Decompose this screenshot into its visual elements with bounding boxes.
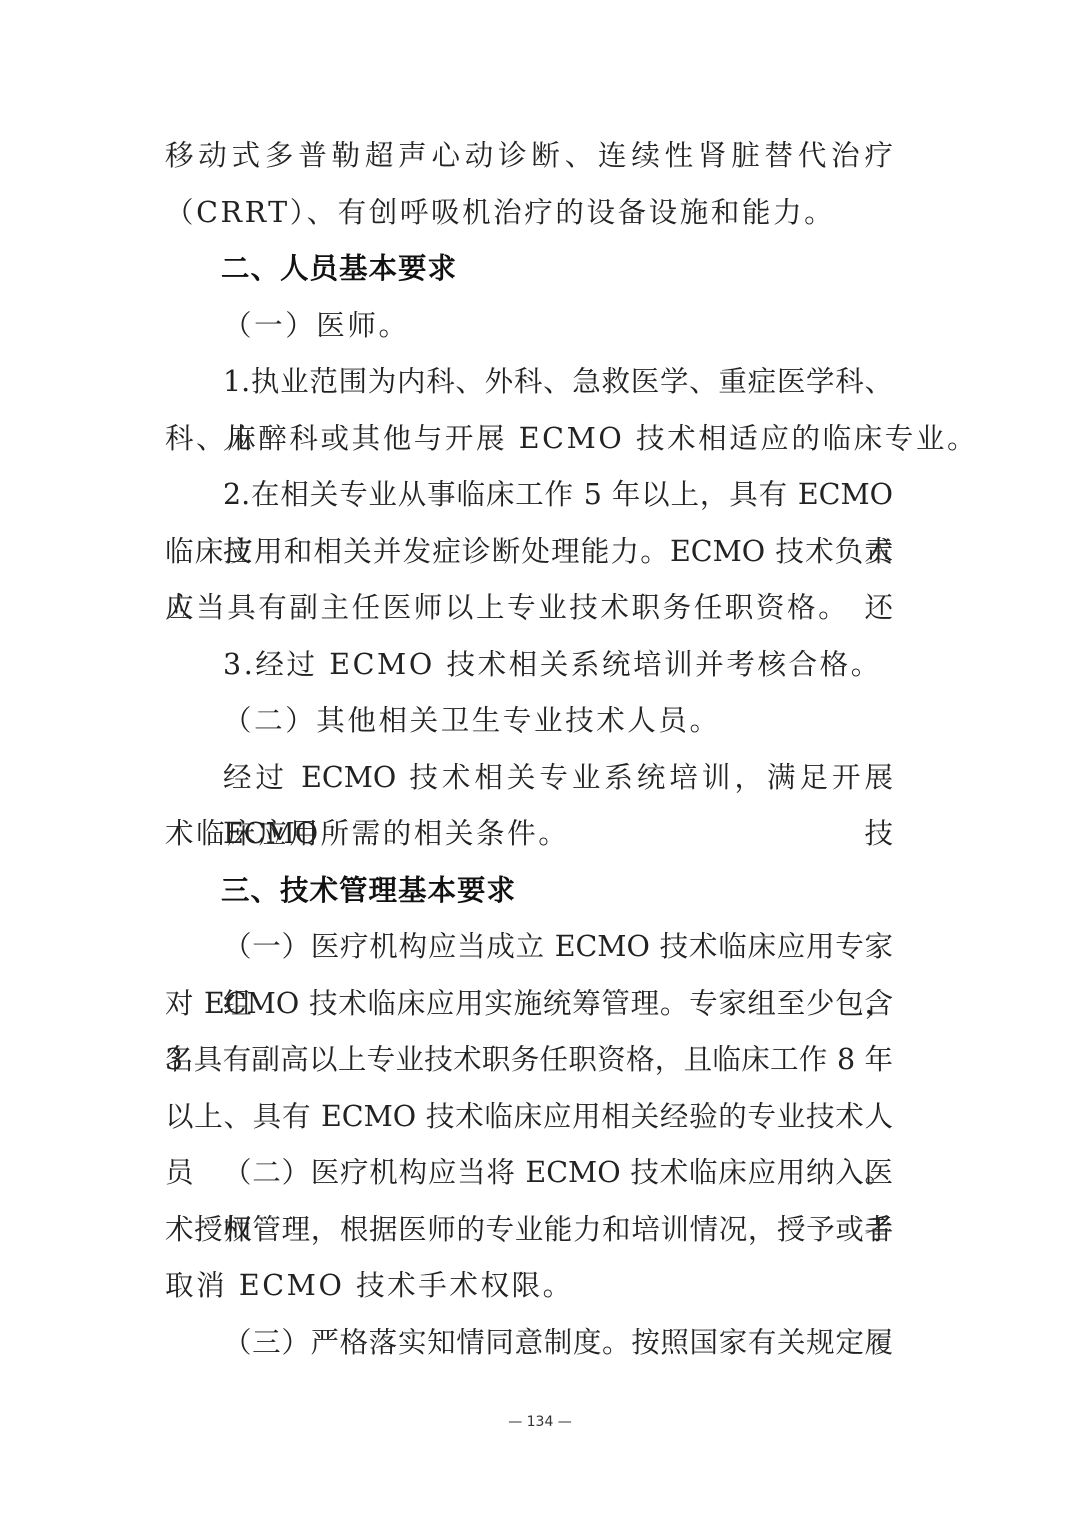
- list-item-1-line-2: 科、麻醉科或其他与开展 ECMO 技术相适应的临床专业。: [165, 411, 893, 468]
- list-item-2-line-3: 应当具有副主任医师以上专业技术职务任职资格。: [165, 580, 893, 637]
- paragraph-authorization-line-1: （二）医疗机构应当将 ECMO 技术临床应用纳入医师手: [165, 1145, 893, 1202]
- paragraph-expert-group-line-3: 名具有副高以上专业技术职务任职资格，且临床工作 8 年: [165, 1032, 893, 1089]
- list-item-2-line-2: 临床应用和相关并发症诊断处理能力。ECMO 技术负责人还: [165, 524, 893, 581]
- list-item-3: 3.经过 ECMO 技术相关系统培训并考核合格。: [165, 637, 893, 694]
- paragraph-expert-group-line-2: 对 ECMO 技术临床应用实施统筹管理。专家组至少包含 3: [165, 976, 893, 1033]
- paragraph-expert-group-line-4: 以上、具有 ECMO 技术临床应用相关经验的专业技术人员。: [165, 1089, 893, 1146]
- paragraph-line-equipment-1: 移动式多普勒超声心动诊断、连续性肾脏替代治疗: [165, 128, 893, 185]
- paragraph-other-staff-line-1: 经过 ECMO 技术相关专业系统培训，满足开展 ECMO 技: [165, 750, 893, 807]
- paragraph-line-equipment-2: （CRRT）、有创呼吸机治疗的设备设施和能力。: [165, 185, 893, 242]
- section-heading-personnel: 二、人员基本要求: [165, 241, 893, 298]
- paragraph-authorization-line-2: 术授权管理，根据医师的专业能力和培训情况，授予或者: [165, 1202, 893, 1259]
- document-page: 移动式多普勒超声心动诊断、连续性肾脏替代治疗 （CRRT）、有创呼吸机治疗的设备…: [0, 0, 1080, 1526]
- subsection-heading-other-staff: （二）其他相关卫生专业技术人员。: [165, 693, 893, 750]
- paragraph-expert-group-line-1: （一）医疗机构应当成立 ECMO 技术临床应用专家组，: [165, 919, 893, 976]
- document-body: 移动式多普勒超声心动诊断、连续性肾脏替代治疗 （CRRT）、有创呼吸机治疗的设备…: [165, 128, 893, 1371]
- section-heading-technical-management: 三、技术管理基本要求: [165, 863, 893, 920]
- list-item-1-line-1: 1.执业范围为内科、外科、急救医学、重症医学科、儿: [165, 354, 893, 411]
- paragraph-informed-consent-line-1: （三）严格落实知情同意制度。按照国家有关规定履: [165, 1315, 893, 1372]
- paragraph-authorization-line-3: 取消 ECMO 技术手术权限。: [165, 1258, 893, 1315]
- subsection-heading-physicians: （一）医师。: [165, 298, 893, 355]
- page-number: — 134 —: [0, 1414, 1080, 1430]
- list-item-2-line-1: 2.在相关专业从事临床工作 5 年以上，具有 ECMO 技术: [165, 467, 893, 524]
